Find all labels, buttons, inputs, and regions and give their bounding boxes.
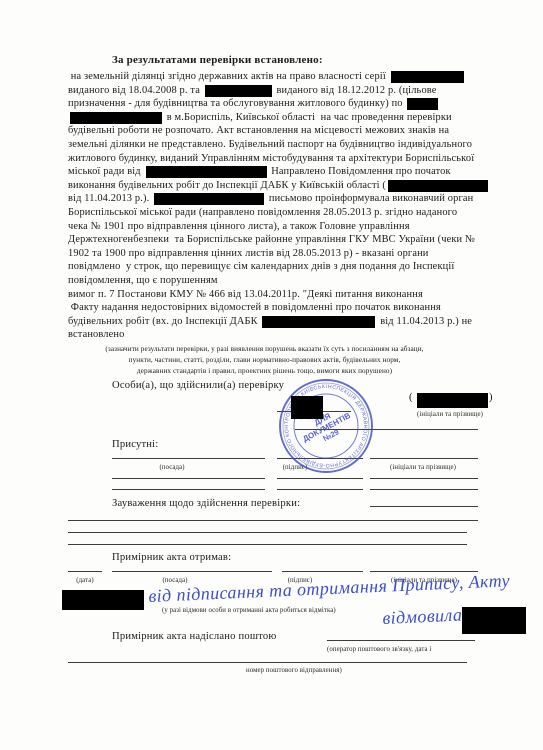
body-line: міської ради від Направлено Повідомлення…: [68, 165, 513, 179]
redaction: [462, 607, 526, 634]
body-text: вимог п. 7 Постанови КМУ № 466 від 13.04…: [68, 289, 423, 300]
position-line: [112, 478, 265, 479]
position-caption: (посада): [112, 464, 232, 471]
body-text: земельні ділянки не представлено. Будіве…: [68, 139, 472, 150]
body-text: Бориспільської міської ради (направлено …: [68, 207, 457, 218]
results-note: (зазначити результати перевірки, у разі …: [57, 344, 472, 376]
document-page: За результатами перевірки встановлено: н…: [0, 0, 543, 750]
redaction: [388, 180, 488, 192]
body-line: вимог п. 7 Постанови КМУ № 466 від 13.04…: [68, 288, 513, 302]
remarks-line: [68, 544, 467, 545]
body-line: земельні ділянки не представлено. Будіве…: [68, 138, 513, 152]
note-line: (зазначити результати перевірки, у разі …: [57, 344, 472, 355]
body-line: будівельних робіт (вх. до Інспекції ДАБК…: [68, 315, 513, 329]
redaction: [205, 85, 272, 97]
postal-line: [327, 640, 475, 641]
body-line: Бориспільської міської ради (направлено …: [68, 206, 513, 220]
position-line: [112, 571, 272, 572]
body-line: повідмлено у строк, що перевищує сім кал…: [68, 260, 513, 274]
redaction: [154, 193, 264, 205]
body-text: виданого від 18.12.2012 р. (цільове: [274, 85, 437, 96]
body-text: Направлено Повідомлення про початок: [269, 166, 451, 177]
body-line: виконання будівельних робіт до Інспекції…: [68, 179, 513, 193]
date-caption: (дата): [60, 577, 110, 584]
body-line: від 11.04.2013 р.). письмово проінформув…: [68, 192, 513, 206]
initials-line: [370, 489, 478, 490]
body-line: повідомлення, що є порушенням: [68, 274, 513, 288]
body-line: Держтехногенбезпеки та Бориспільське рай…: [68, 233, 513, 247]
remarks-label: Зауваження щодо здійснення перевірки:: [112, 498, 300, 509]
postal-operator-caption: (оператор поштового зв'язку, дата і: [327, 646, 487, 653]
remarks-line: [370, 506, 478, 507]
body-text: повідмлено у строк, що перевищує сім кал…: [68, 261, 454, 272]
body-line: житлового будинку, виданий Управлінням м…: [68, 152, 513, 166]
body-text: виконання будівельних робіт до Інспекції…: [68, 180, 386, 191]
signature-line: [277, 489, 363, 490]
note-line: державних стандартів і правил, проектних…: [57, 366, 472, 377]
body-text: призначення - для будівництва та обслуго…: [68, 98, 405, 109]
body-text: міської ради від: [68, 166, 144, 177]
redaction: [262, 316, 375, 328]
paren-open: (: [409, 392, 413, 403]
initials-caption: (ініціали та прізвище): [400, 411, 500, 418]
redaction: [407, 98, 438, 110]
signature-line: [277, 478, 363, 479]
copy-mailed-label: Примірник акта надіслано поштою: [112, 631, 277, 642]
body-text: письмово проінформувала виконавчий орган: [266, 193, 473, 204]
body-text: в м.Бориспіль, Київської області на час …: [164, 112, 452, 123]
redaction: [70, 112, 162, 124]
redaction: [291, 396, 323, 419]
redaction: [417, 393, 488, 408]
body-line: встановлено: [68, 328, 513, 342]
page-title: За результатами перевірки встановлено:: [112, 54, 323, 66]
body-text: від 11.04.2013 р.) не: [377, 316, 472, 327]
body-text: повідомлення, що є порушенням: [68, 275, 218, 286]
body-line: 1902 та 1900 про відправлення цінних лис…: [68, 247, 513, 261]
body-line: будівельні роботи не розпочато. Акт вста…: [68, 124, 513, 138]
position-line: [112, 489, 265, 490]
handwritten-refusal-text: від підписання та отримання Припису, Акт…: [148, 570, 510, 607]
date-line: [68, 571, 102, 572]
body-line: чека № 1901 про відправлення цінного лис…: [68, 220, 513, 234]
body-text: будівельних робіт (вх. до Інспекції ДАБК: [68, 316, 260, 327]
body-paragraph: на земельній ділянці згідно державних ак…: [68, 70, 513, 342]
body-text: виданого від 18.04.2008 р. та: [68, 85, 203, 96]
body-text: чека № 1901 про відправлення цінного лис…: [68, 221, 410, 232]
body-text: встановлено: [68, 329, 124, 340]
present-label: Присутні:: [112, 439, 158, 450]
position-line: [112, 458, 265, 459]
body-text: на земельній ділянці згідно державних ак…: [68, 71, 389, 82]
body-line: в м.Бориспіль, Київської області на час …: [68, 111, 513, 125]
redaction: [391, 71, 464, 83]
initials-line: [370, 458, 478, 459]
inspectors-label: Особи(а), що здійснили(а) перевірку: [112, 380, 284, 391]
body-text: Держтехногенбезпеки та Бориспільське рай…: [68, 234, 475, 245]
postal-line: [68, 662, 467, 663]
remarks-line: [68, 520, 478, 521]
body-line: призначення - для будівництва та обслуго…: [68, 97, 513, 111]
initials-caption: (ініціали та прізвище): [373, 464, 473, 471]
body-line: Факту надання недостовірних відомостей в…: [68, 301, 513, 315]
body-line: виданого від 18.04.2008 р. та виданого в…: [68, 84, 513, 98]
round-stamp: ІНСПЕКЦІЯ ДЕРЖАВНОГО АРХІТЕКТУРНО-БУДІВЕ…: [276, 376, 376, 476]
body-text: будівельні роботи не розпочато. Акт вста…: [68, 125, 449, 136]
remarks-line: [68, 532, 467, 533]
paren-close: ): [489, 392, 493, 403]
body-text: Факту надання недостовірних відомостей в…: [68, 302, 441, 313]
copy-received-label: Примірник акта отримав:: [112, 552, 231, 563]
initials-line: [370, 478, 478, 479]
body-text: 1902 та 1900 про відправлення цінних лис…: [68, 248, 429, 259]
redaction: [146, 166, 267, 178]
redaction: [62, 590, 144, 610]
body-text: житлового будинку, виданий Управлінням м…: [68, 153, 474, 164]
body-text: від 11.04.2013 р.).: [68, 193, 152, 204]
signature-line: [282, 571, 363, 572]
body-line: на земельній ділянці згідно державних ак…: [68, 70, 513, 84]
postal-number-caption: номер поштового відправлення): [246, 667, 406, 674]
note-line: пункти, частини, статті, розділи, глави …: [57, 355, 472, 366]
